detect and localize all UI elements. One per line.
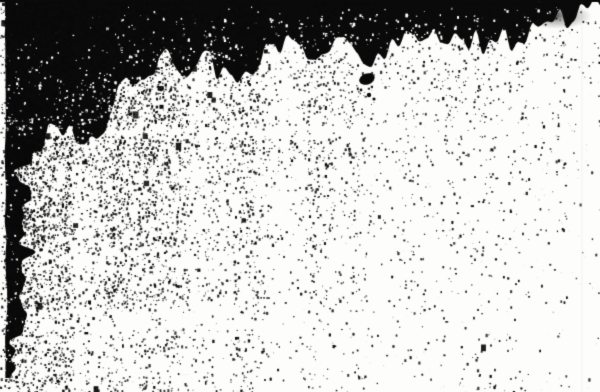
grunge-texture-canvas bbox=[0, 0, 600, 392]
texture-image bbox=[0, 0, 600, 392]
